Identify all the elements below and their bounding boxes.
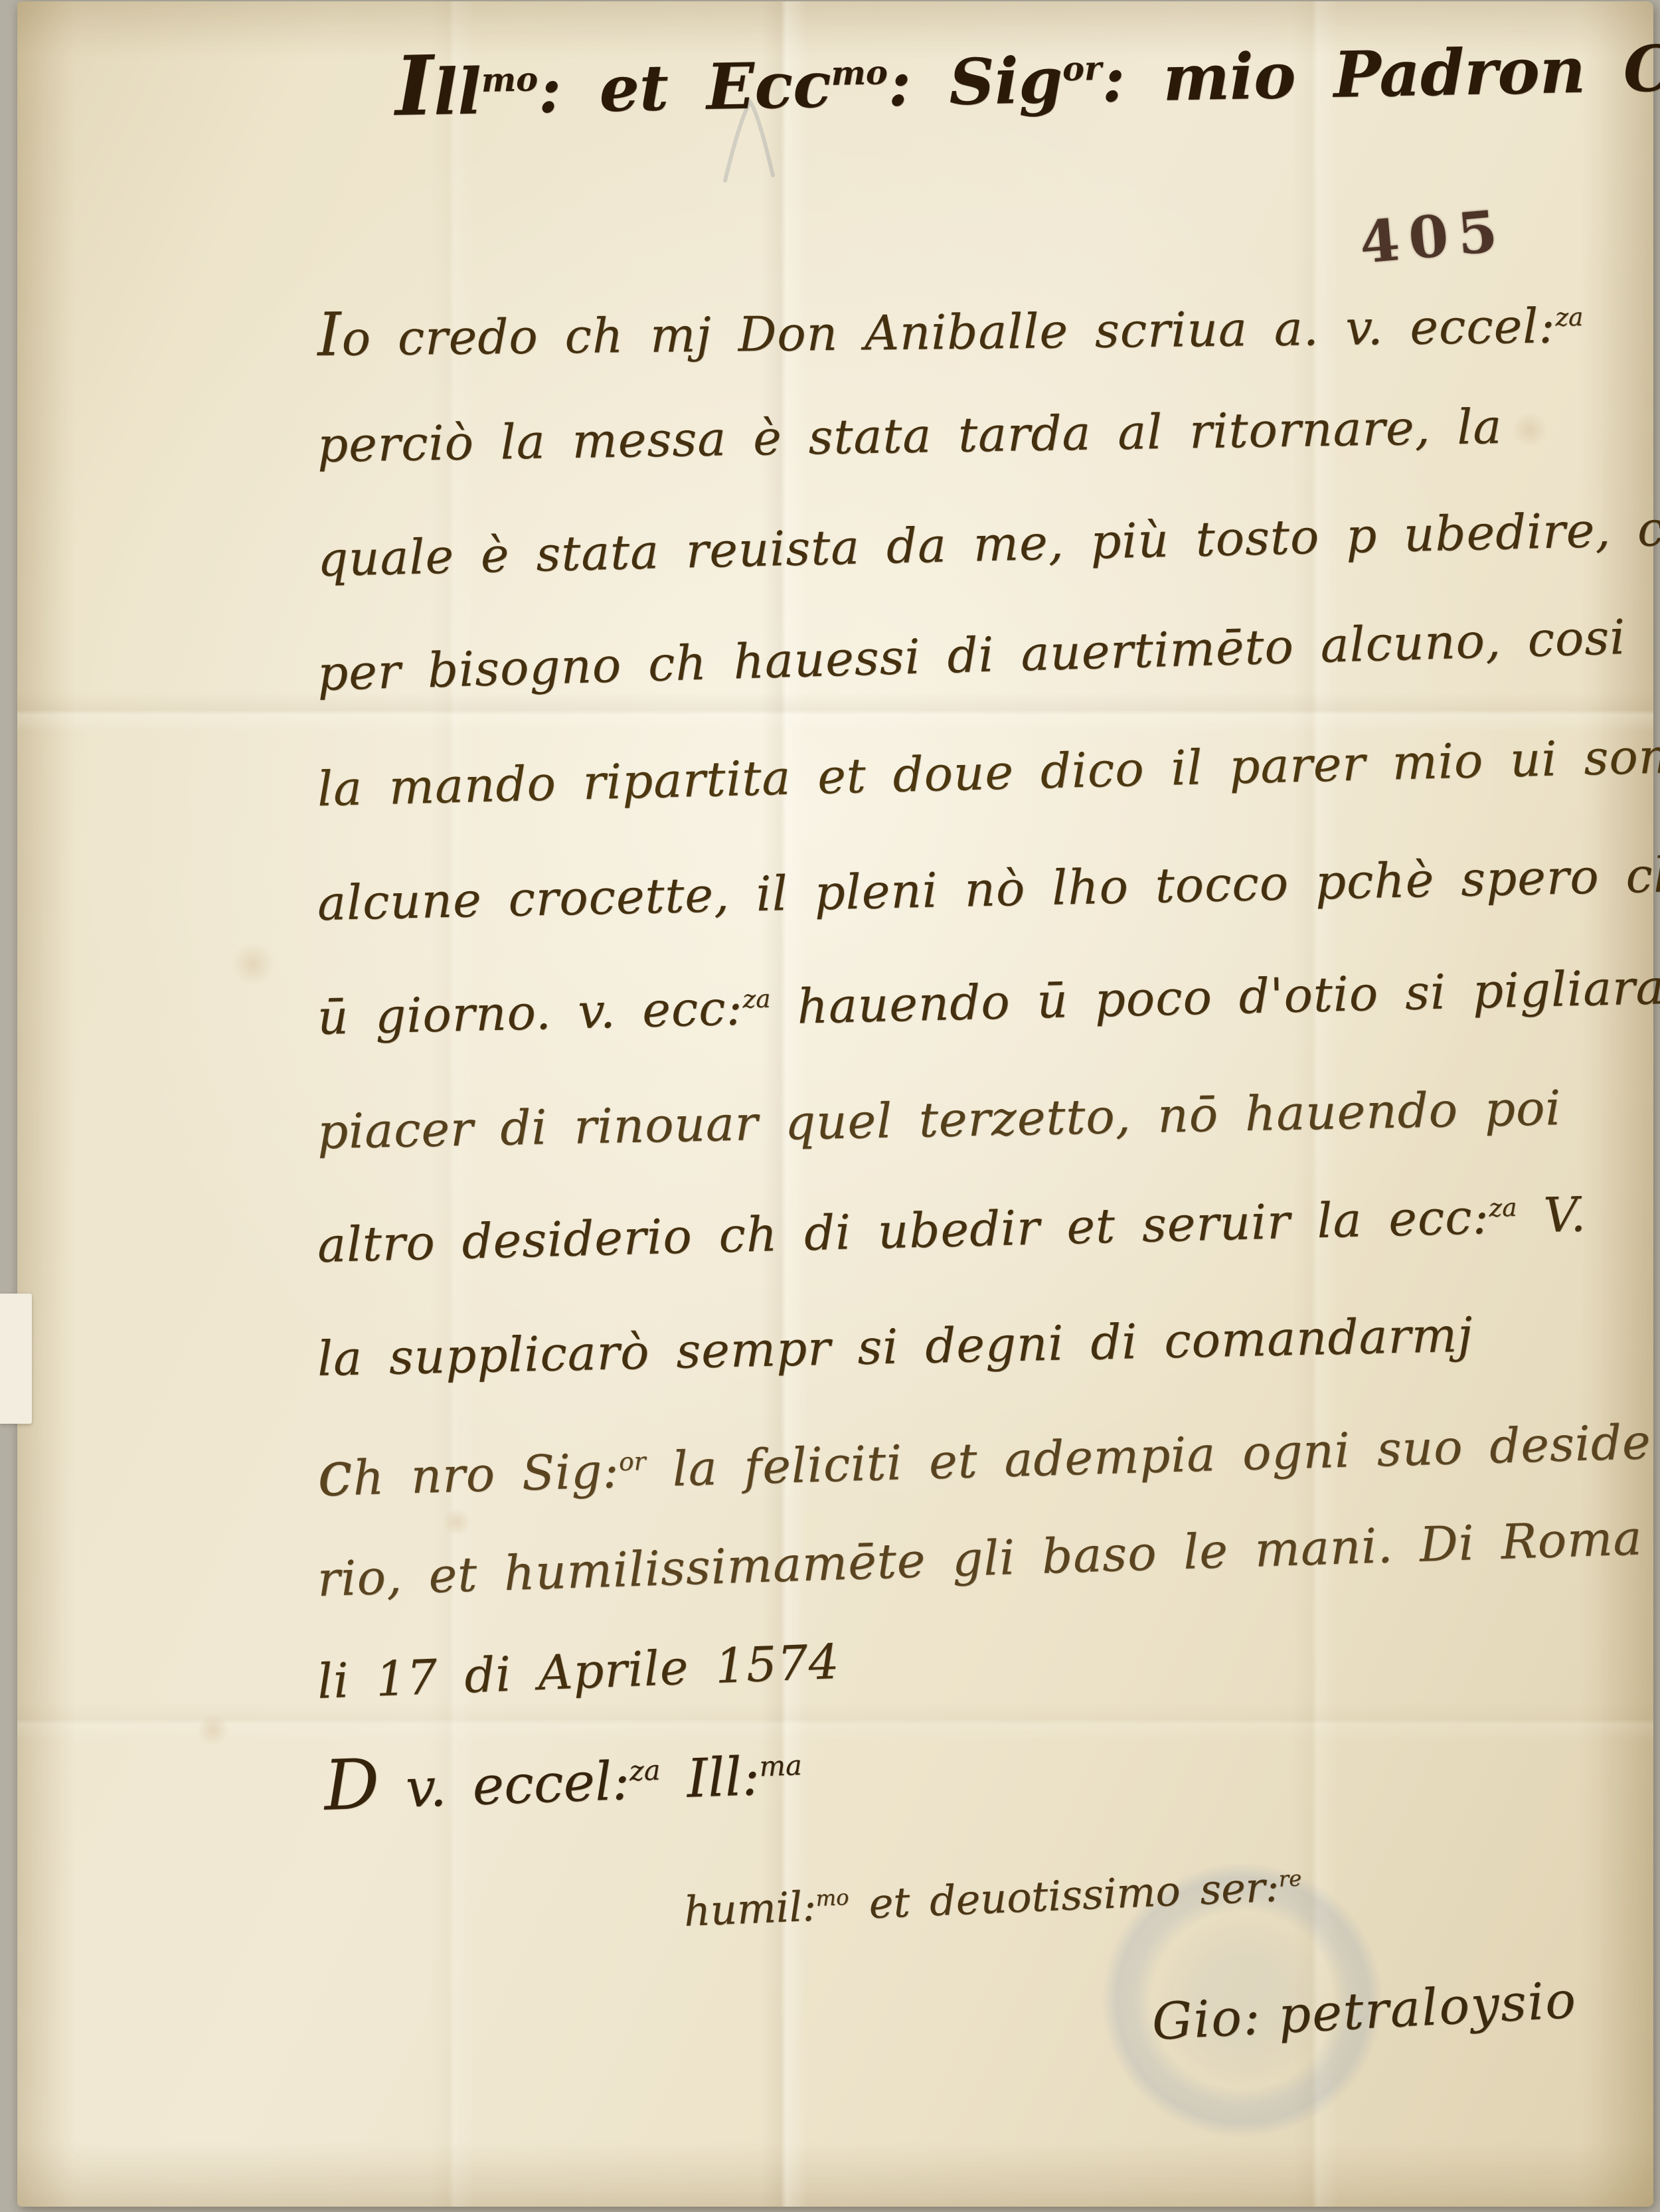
fold-crease	[17, 1701, 1653, 1741]
paper-edge-tab	[0, 1294, 32, 1424]
foxing-spot	[1511, 413, 1548, 446]
foxing-spot	[442, 1509, 471, 1535]
body-line-1: Io credo ch mj Don Aniballe scriua a. v.…	[317, 287, 1584, 370]
archive-number-stamp: 405	[1357, 197, 1509, 277]
foxing-spot	[197, 1715, 230, 1745]
manuscript-letter-scan: Illmo: et Eccmo: Sigor: mio Padron Col:m…	[0, 0, 1660, 2212]
foxing-spot	[230, 944, 276, 984]
closing-line: D v. eccel:za Ill:ma	[323, 1729, 803, 1826]
fold-crease	[17, 692, 1653, 732]
